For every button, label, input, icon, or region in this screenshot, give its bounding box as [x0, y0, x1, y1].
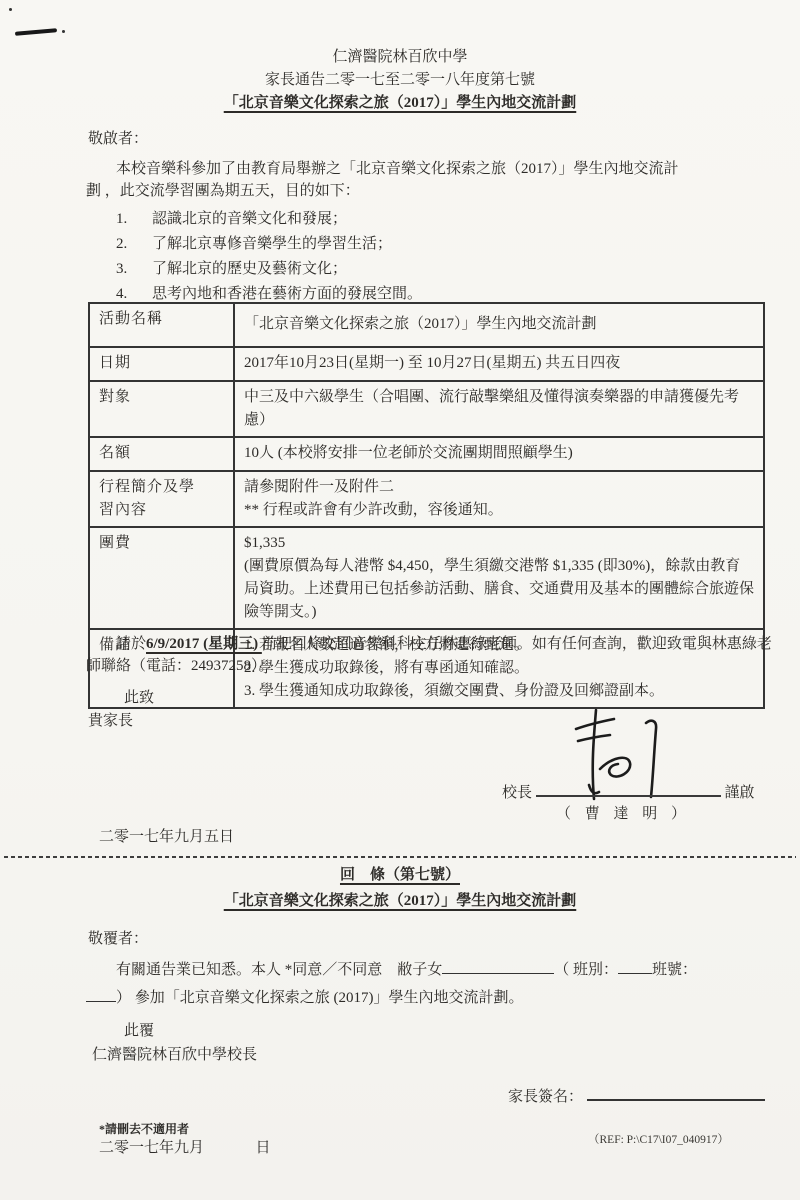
- principal-label: 校長: [502, 785, 532, 801]
- objective-text: 了解北京專修音樂學生的學習生活；: [152, 232, 392, 257]
- table-row: 日期 2017年10月23日(星期一) 至 10月27日(星期五) 共五日四夜: [89, 347, 764, 381]
- closing-cc: 此致: [124, 687, 154, 709]
- cut-line: [4, 856, 796, 858]
- row-label: 活動名稱: [99, 308, 163, 331]
- reply-title-text: 回 條（第七號）: [340, 867, 460, 883]
- reply-agree-text: ） 參加「北京音樂文化探索之旅 (2017)」學生內地交流計劃。: [116, 990, 524, 1006]
- notice-title: 「北京音樂文化探索之旅（2017）」學生內地交流計劃: [0, 92, 800, 114]
- scan-dot: [62, 30, 65, 33]
- objective-number: 3.: [116, 257, 138, 282]
- row-value: 中三及中六級學生（合唱團、流行敲擊樂組及懂得演奏樂器的申請獲優先考慮）: [244, 386, 754, 432]
- child-name-blank: [442, 958, 554, 974]
- row-value: 2017年10月23日(星期一) 至 10月27日(星期五) 共五日四夜: [244, 352, 754, 375]
- notice-number: 家長通告二零一七至二零一八年度第七號: [0, 69, 800, 91]
- reply-closing-cc: 此覆: [124, 1020, 154, 1042]
- return-note-prefix: 請於: [116, 636, 146, 652]
- reply-date-day: 日: [256, 1140, 271, 1156]
- scan-dot: [9, 8, 12, 11]
- row-label: 行程簡介及學習內容: [99, 476, 205, 522]
- notice-title-text: 「北京音樂文化探索之旅（2017）」學生內地交流計劃: [224, 95, 577, 111]
- objective-item: 2. 了解北京專修音樂學生的學習生活；: [116, 232, 756, 257]
- objective-item: 3. 了解北京的歷史及藝術文化；: [116, 257, 756, 282]
- row-value: (團費原價為每人港幣 $4,450，學生須繳交港幣 $1,335 (即30%)，…: [244, 555, 754, 624]
- parent-sign-row: 家長簽名：: [508, 1084, 765, 1108]
- row-value: 「北京音樂文化探索之旅（2017）」學生內地交流計劃: [244, 308, 754, 336]
- respectfully-label: 謹啟: [725, 785, 755, 801]
- signature-block: 校長 謹啟 （ 曹 達 明 ）: [498, 705, 798, 825]
- intro-line1: 本校音樂科參加了由教育局舉辦之「北京音樂文化探索之旅（2017）」學生內地交流計: [86, 158, 778, 180]
- closing-recipient: 貴家長: [88, 710, 133, 732]
- objective-text: 了解北京的歷史及藝術文化；: [152, 257, 347, 282]
- row-value: ** 行程或許會有少許改動，容後通知。: [244, 499, 754, 522]
- scan-mark: [15, 28, 57, 36]
- letter-date: 二零一七年九月五日: [99, 826, 234, 848]
- reply-closing-recipient: 仁濟醫院林百欣中學校長: [92, 1044, 257, 1066]
- reply-salutation: 敬覆者：: [88, 928, 148, 950]
- row-value: 3. 學生獲通知成功取錄後，須繳交團費、身份證及回鄉證副本。: [244, 680, 754, 703]
- delete-footnote: *請刪去不適用者: [99, 1121, 189, 1137]
- class-label: （ 班別：: [554, 962, 618, 978]
- reply-body-line1: 有關通告業已知悉。本人 *同意／不同意 敝子女（ 班別：班號：: [86, 956, 792, 984]
- intro-paragraph: 本校音樂科參加了由教育局舉辦之「北京音樂文化探索之旅（2017）」學生內地交流計…: [86, 158, 778, 202]
- class-number-blank: [86, 986, 116, 1002]
- parent-sign-label: 家長簽名：: [508, 1089, 583, 1105]
- notice-page: 仁濟醫院林百欣中學 家長通告二零一七至二零一八年度第七號 「北京音樂文化探索之旅…: [0, 0, 800, 1200]
- intro-line2: 劃 ，此交流學習團為期五天，目的如下：: [86, 180, 778, 202]
- table-row: 活動名稱 「北京音樂文化探索之旅（2017）」學生內地交流計劃: [89, 303, 764, 347]
- principal-sign-row: 校長 謹啟: [502, 779, 755, 804]
- row-label: 日期: [99, 352, 131, 375]
- return-deadline: 6/9/2017 (星期三): [146, 636, 262, 652]
- row-value: $1,335: [244, 532, 754, 555]
- principal-name: （ 曹 達 明 ）: [556, 803, 691, 825]
- reply-body: 有關通告業已知悉。本人 *同意／不同意 敝子女（ 班別：班號： ） 參加「北京音…: [86, 956, 792, 1012]
- reply-subtitle-text: 「北京音樂文化探索之旅（2017）」學生內地交流計劃: [224, 893, 577, 909]
- table-row: 對象 中三及中六級學生（合唱團、流行敲擊樂組及懂得演奏樂器的申請獲優先考慮）: [89, 381, 764, 437]
- principal-signature-line: [536, 779, 721, 797]
- objectives-list: 1. 認識北京的音樂文化和發展； 2. 了解北京專修音樂學生的學習生活； 3. …: [116, 207, 756, 307]
- objective-item: 1. 認識北京的音樂文化和發展；: [116, 207, 756, 232]
- objective-number: 2.: [116, 232, 138, 257]
- table-row: 團費 $1,335 (團費原價為每人港幣 $4,450，學生須繳交港幣 $1,3…: [89, 527, 764, 629]
- row-label: 名額: [99, 442, 131, 465]
- reply-subtitle: 「北京音樂文化探索之旅（2017）」學生內地交流計劃: [0, 890, 800, 912]
- reply-body-line2: ） 參加「北京音樂文化探索之旅 (2017)」學生內地交流計劃。: [86, 984, 792, 1012]
- row-value: 10人 (本校將安排一位老師於交流團期間照顧學生): [244, 442, 754, 465]
- row-label: 對象: [99, 386, 131, 409]
- row-label: 團費: [99, 532, 131, 555]
- ref-code: （REF: P:\C17\I07_040917）: [588, 1129, 729, 1151]
- parent-sign-blank: [587, 1084, 765, 1101]
- table-row: 行程簡介及學習內容 請參閱附件一及附件二 ** 行程或許會有少許改動，容後通知。: [89, 471, 764, 527]
- row-value: 請參閱附件一及附件二: [244, 476, 754, 499]
- reply-ack-text: 有關通告業已知悉。本人 *同意／不同意 敝子女: [116, 962, 442, 978]
- objective-number: 1.: [116, 207, 138, 232]
- objective-text: 認識北京的音樂文化和發展；: [152, 207, 347, 232]
- class-number-label: 班號：: [652, 962, 697, 978]
- reply-date-row: 二零一七年九月 日: [99, 1137, 271, 1159]
- reply-title: 回 條（第七號）: [0, 864, 800, 886]
- school-name: 仁濟醫院林百欣中學: [0, 46, 800, 68]
- return-note: 請於6/9/2017 (星期三) 前把回條交回音樂科科主任林惠綠老師。如有任何查…: [86, 633, 780, 677]
- salutation: 敬啟者：: [88, 128, 148, 150]
- reply-date-month: 二零一七年九月: [99, 1140, 204, 1156]
- table-row: 名額 10人 (本校將安排一位老師於交流團期間照顧學生): [89, 437, 764, 471]
- class-blank: [618, 958, 652, 974]
